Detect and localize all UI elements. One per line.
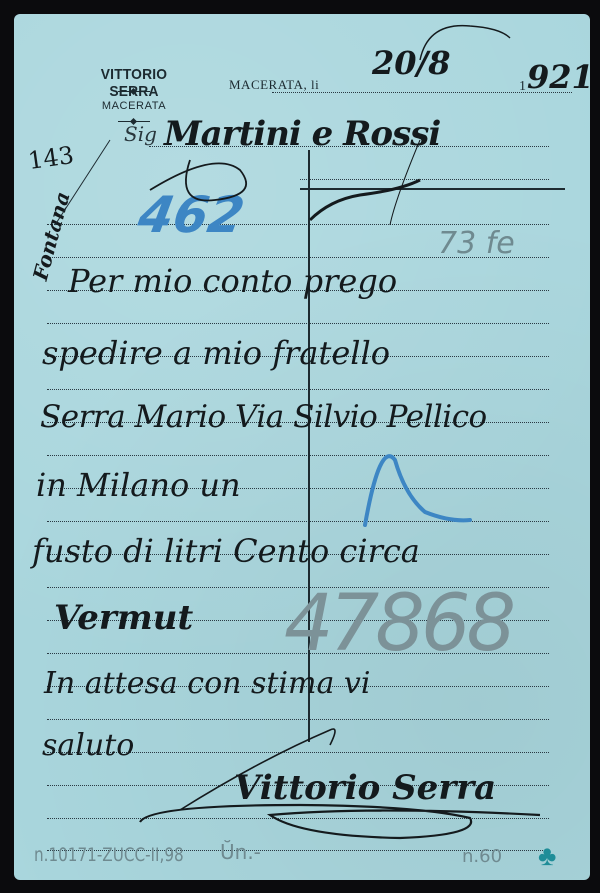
ruled-line (47, 818, 549, 819)
body-line-4: in Milano un (36, 466, 241, 504)
dateline-place: MACERATA, li (229, 77, 319, 93)
margin-number: 143 (26, 141, 75, 175)
salutation: Sig (124, 122, 157, 146)
addressee-underline (300, 188, 565, 190)
body-line-3: Serra Mario Via Silvio Pellico (40, 399, 487, 435)
signature: Vittorio Serra (234, 768, 496, 808)
pencil-price: n.60 (462, 846, 502, 867)
addressee-name: Martini e Rossi (164, 114, 440, 154)
body-line-8: saluto (42, 728, 134, 763)
body-line-2: spedire a mio fratello (42, 334, 390, 372)
ruled-line (300, 179, 549, 180)
body-line-6: Vermut (54, 598, 193, 638)
handwritten-year: 921 (527, 58, 590, 96)
pencil-large-number: 47868 (284, 579, 512, 669)
letterhead-city: MACERATA (74, 100, 194, 112)
pencil-reference: n.10171-ZUCC-II,98 (34, 844, 184, 866)
handwritten-date: 20/8 (372, 44, 450, 82)
ruled-line (47, 323, 549, 324)
ruled-line (47, 719, 549, 720)
letterhead-name: VITTORIO SERRA (79, 66, 189, 100)
ruled-line (47, 455, 549, 456)
body-line-7: In attesa con stima vi (44, 666, 370, 701)
ornament-divider (118, 91, 150, 92)
ruled-line (47, 521, 549, 522)
pencil-mark: Ŭn.- (220, 840, 261, 864)
ruled-line (47, 224, 549, 225)
tree-emblem-icon: ♣ (538, 842, 556, 870)
body-line-1: Per mio conto prego (68, 262, 397, 300)
ruled-line (47, 389, 549, 390)
pencil-note-top: 73 fe (438, 226, 515, 261)
blue-pencil-number: 462 (134, 186, 249, 244)
postcard: VITTORIO SERRA MACERATA MACERATA, li 1 S… (14, 14, 590, 880)
body-line-5: fusto di litri Cento circa (32, 532, 420, 570)
